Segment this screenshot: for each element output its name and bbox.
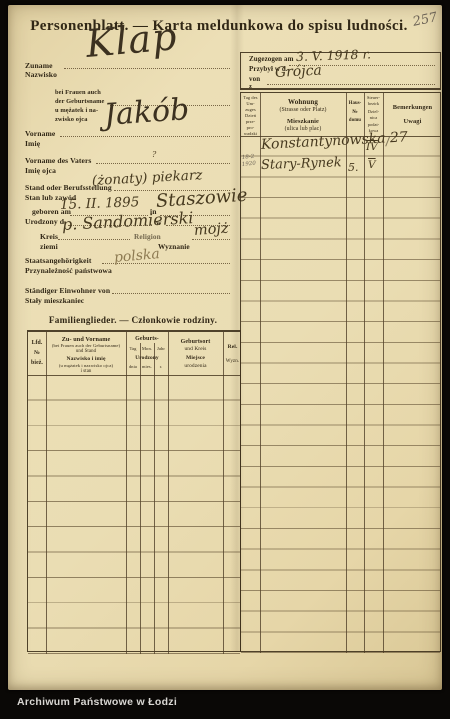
surname-value: Klap	[84, 17, 178, 63]
scanned-document: Personenblatt. — Karta meldunkowa do spi…	[0, 0, 450, 719]
kreis-label-de: Kreis	[40, 233, 58, 241]
family-table-title: Familienglieder. — Członkowie rodziny.	[25, 316, 241, 325]
col-birth-month-pl: mies.	[140, 365, 154, 369]
born-label-pl: Urodzony d.	[25, 218, 66, 226]
religion-label-de: Religion	[134, 233, 161, 240]
dotted-line	[192, 239, 230, 240]
col-no-line1: Lfd.	[28, 341, 46, 347]
col-birth-day-pl: dnia	[126, 365, 140, 369]
citizenship-value: polska	[113, 247, 160, 265]
residence-entry-house: 5.	[348, 162, 359, 173]
col-birth-year: Jahr	[154, 347, 168, 352]
col-no-line3: bież.	[28, 361, 46, 367]
family-members-table: Lfd. № bież. Zu- und Vorname (bei Frauen…	[27, 330, 241, 652]
col-place-line1: Geburtsort	[168, 339, 223, 345]
occupation-value: (żonaty) piekarz	[92, 169, 203, 188]
arrival-label1-de: Zugezogen am	[249, 56, 294, 63]
maiden-note-line2: der Geburtsname	[55, 99, 105, 105]
col-house-line2: №	[346, 110, 364, 115]
citizenship-label-pl: Przynależność państwowa	[25, 267, 112, 275]
dotted-line	[96, 163, 230, 164]
col-place-line2: und Kreis	[168, 347, 223, 352]
col-name-line4: Nazwisko i imię	[46, 357, 126, 363]
col-birth-month: Mon.	[140, 347, 154, 352]
col-house-line3: domu	[346, 119, 364, 124]
permanent-label-de: Ständiger Einwohner von	[25, 287, 110, 295]
dotted-line	[112, 293, 230, 294]
firstname-label-pl: Imię	[25, 140, 40, 148]
arrival-date-value: 3. V. 1918 r.	[296, 48, 371, 63]
stray-mark: ?	[152, 151, 156, 159]
kreis-label-pl: ziemi	[40, 243, 58, 251]
religion-label-pl: Wyznanie	[158, 243, 190, 250]
arrival-label2-pl: z	[249, 84, 252, 91]
firstname-value: Jakób	[103, 95, 190, 131]
col-place-line3: Miejsce	[168, 356, 223, 362]
surname-label-pl: Nazwisko	[25, 71, 57, 79]
col-street-line2: (Strasse oder Platz)	[260, 108, 346, 114]
residence-entry-district: IV	[366, 142, 378, 153]
col-street-line3: Mieszkanie	[260, 119, 346, 125]
col-notes-line1: Bemerkungen	[383, 105, 442, 111]
col-birth-year-pl: r.	[154, 365, 168, 369]
col-street-line1: Wohnung	[260, 99, 346, 106]
firstname-label-de: Vorname	[25, 130, 55, 138]
birth-date-value: 15. II. 1895	[60, 196, 140, 212]
religion-value: mojż	[193, 222, 229, 239]
arrival-label2-de: von	[249, 76, 260, 83]
father-label-de: Vorname des Vaters	[25, 157, 92, 165]
dotted-line	[64, 68, 230, 69]
col-district-line4: nica	[364, 116, 383, 120]
maiden-note-line4: zwisko ojca	[55, 117, 88, 123]
col-birth-mid: Urodzony	[126, 356, 168, 361]
col-notes-line2: Uwagi	[383, 119, 442, 125]
arrival-place-value: Grójca	[275, 64, 323, 80]
page-fold	[230, 5, 244, 652]
col-birth-day: Tag	[126, 347, 140, 352]
archive-watermark: Archiwum Państwowe w Łodzi	[17, 696, 177, 708]
col-street-line4: (ulica lub plac)	[260, 127, 346, 133]
col-name-line5: (u mężatek i nazwisko ojca)	[46, 364, 126, 369]
arrival-box: Zugezogen am 3. V. 1918 r. Przybył w d. …	[240, 52, 441, 90]
document-title: Personenblatt. — Karta meldunkowa do spi…	[8, 19, 430, 34]
col-district-line2: bezirk	[364, 102, 383, 106]
col-birth-top: Geburts-	[126, 336, 168, 342]
maiden-note-line1: bei Frauen auch	[55, 90, 101, 96]
surname-label-de: Zuname	[25, 62, 53, 70]
citizenship-label-de: Staatsangehörigkeit	[25, 257, 91, 265]
col-name-line3: und Stand	[46, 350, 126, 355]
col-no-line2: №	[28, 351, 46, 357]
pencil-page-number: 257	[412, 11, 439, 29]
col-place-line4: urodzenia	[168, 364, 223, 369]
dotted-line	[58, 239, 130, 240]
col-name-line2: (bei Frauen auch der Geburtsname)	[46, 344, 126, 349]
maiden-note-line3: u mężatek i na-	[55, 108, 98, 114]
residence-table-rows	[241, 136, 440, 653]
permanent-label-pl: Stały mieszkaniec	[25, 297, 84, 305]
kreis-value: p. Sandomierski	[62, 210, 194, 233]
col-house-line1: Haus-	[346, 102, 364, 107]
dotted-line	[60, 136, 230, 137]
father-label-pl: Imię ojca	[25, 167, 56, 175]
residence-entry-district: V	[368, 160, 376, 171]
residence-entry-street: Stary-Rynek	[261, 156, 342, 172]
family-table-empty-rows	[28, 375, 240, 654]
col-district-line3: Dziel-	[364, 110, 383, 114]
col-district-line1: Steuer-	[364, 96, 383, 100]
col-district-line5: podat-	[364, 123, 383, 127]
document-page: Personenblatt. — Karta meldunkowa do spi…	[8, 5, 442, 690]
dotted-line	[267, 84, 435, 85]
residence-table: Tag des Um- zuges Dzień prze- pro- wadzk…	[240, 92, 441, 652]
